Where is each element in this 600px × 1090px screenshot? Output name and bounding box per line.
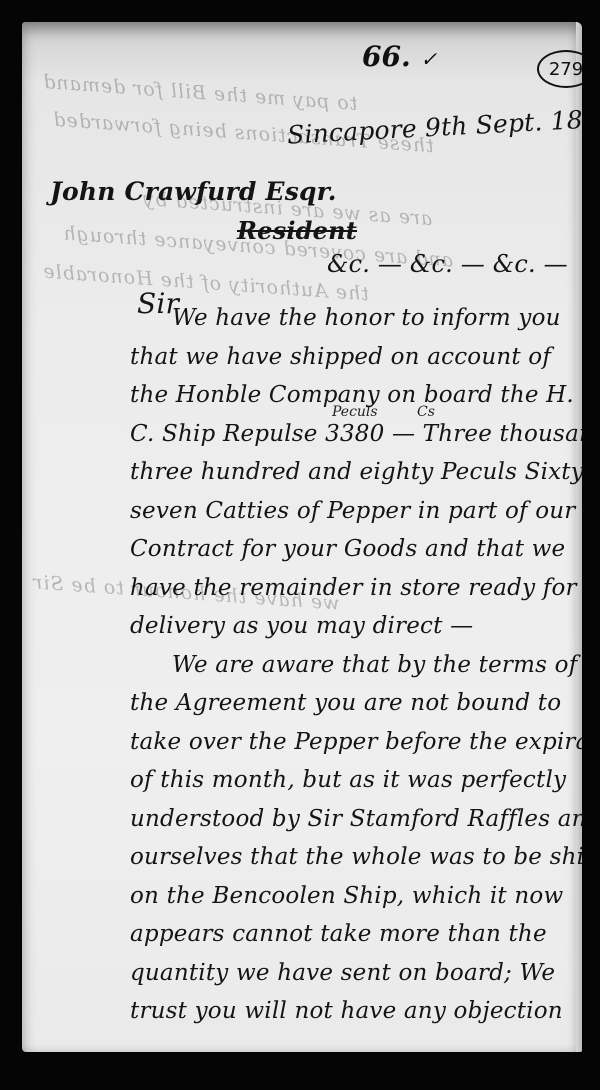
- bleed-through-text: the Authority of the Honorable: [42, 261, 370, 306]
- folio-number-text: 66.: [362, 40, 411, 73]
- scanned-letter-image: to pay me the Bill for demand these Tran…: [0, 0, 600, 1090]
- body-line: that we have shipped on account of: [130, 344, 551, 370]
- et-cetera-line: &c. — &c. — &c. —: [327, 250, 568, 278]
- body-line: take over the Pepper before the expirati…: [130, 729, 582, 755]
- body-line: three hundred and eighty Peculs Sixty: [130, 459, 582, 485]
- body-line: C. Ship Repulse 3380 — Three thousand: [130, 421, 582, 447]
- paper-page: to pay me the Bill for demand these Tran…: [22, 22, 582, 1052]
- body-line: the Agreement you are not bound to: [130, 690, 561, 716]
- body-line: Contract for your Goods and that we: [130, 536, 565, 562]
- body-line: delivery as you may direct —: [130, 613, 473, 639]
- addressee-name: John Crawfurd Esqr.: [50, 177, 337, 206]
- archive-stamp-number: 279: [549, 59, 582, 80]
- body-line: understood by Sir Stamford Raffles and: [130, 806, 582, 832]
- body-line: trust you will not have any objection: [130, 998, 563, 1024]
- body-line: quantity we have sent on board; We: [130, 960, 555, 986]
- body-line: We are aware that by the terms of: [172, 652, 577, 678]
- folio-number: 66. ✓: [362, 40, 437, 73]
- body-line: appears cannot take more than the: [130, 921, 547, 947]
- body-line: seven Catties of Pepper in part of our: [130, 498, 576, 524]
- body-line: have the remainder in store ready for: [130, 575, 577, 601]
- bleed-through-text: to pay me the Bill for demand: [42, 71, 359, 115]
- body-line: the Honble Company on board the H.: [130, 382, 574, 408]
- body-line: of this month, but as it was perfectly: [130, 767, 566, 793]
- body-line: We have the honor to inform you: [172, 305, 561, 331]
- body-line: on the Bencoolen Ship, which it now: [130, 883, 563, 909]
- page-edge: [576, 22, 582, 1052]
- check-mark-icon: ✓: [420, 47, 437, 71]
- addressee-title: Resident: [237, 216, 357, 245]
- archive-stamp: 279: [537, 50, 582, 88]
- body-line: ourselves that the whole was to be shipp…: [130, 844, 582, 870]
